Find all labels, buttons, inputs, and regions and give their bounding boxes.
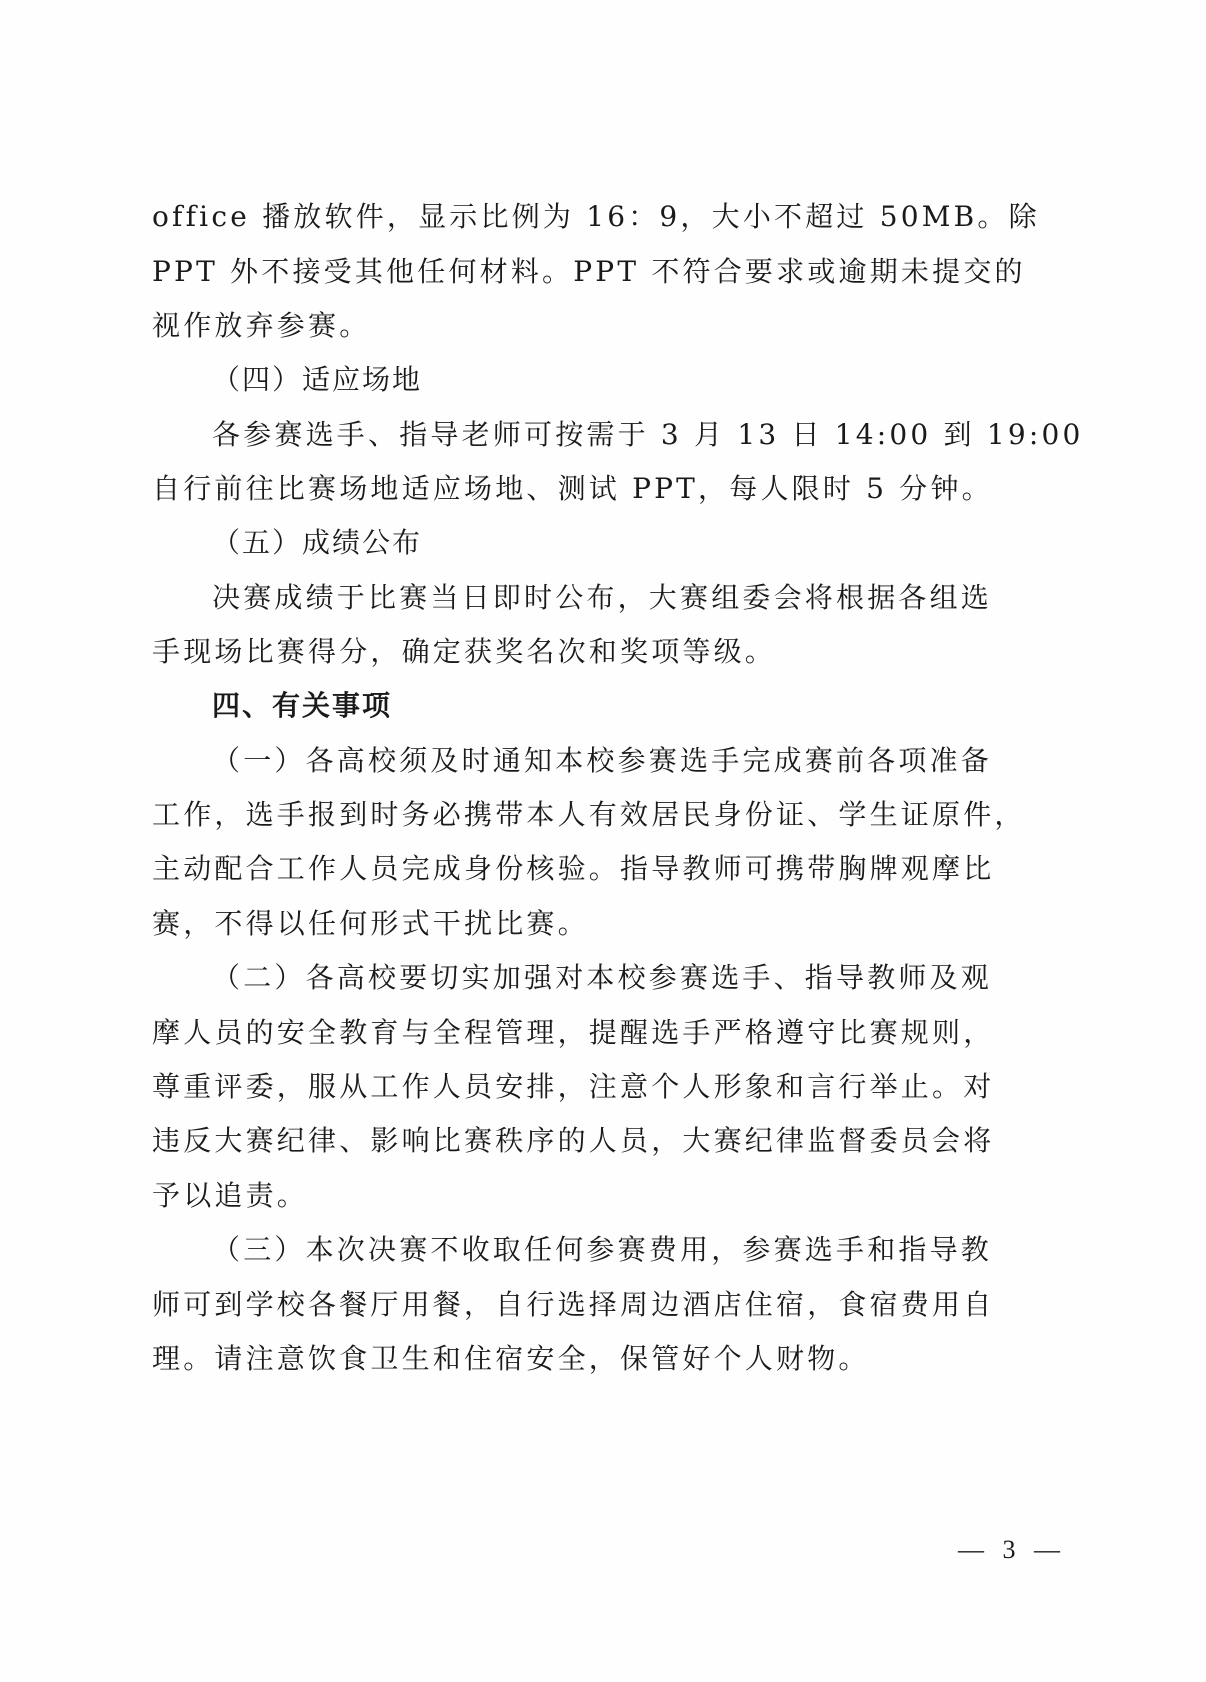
paragraph-ppt-requirements-line-1: office 播放软件，显示比例为 16：9，大小不超过 50MB。除 [152,197,1052,237]
paragraph-venue-line-1: 各参赛选手、指导老师可按需于 3 月 13 日 14:00 到 19:00 [212,415,1112,455]
paragraph-item-3-line-3: 理。请注意饮食卫生和住宿安全，保管好个人财物。 [152,1339,1052,1379]
paragraph-item-1-line-1: （一）各高校须及时通知本校参赛选手完成赛前各项准备 [212,741,1112,781]
paragraph-item-1-line-4: 赛，不得以任何形式干扰比赛。 [152,904,1052,944]
paragraph-item-2-line-3: 尊重评委，服从工作人员安排，注意个人形象和言行举止。对 [152,1067,1052,1107]
paragraph-item-1-line-3: 主动配合工作人员完成身份核验。指导教师可携带胸牌观摩比 [152,849,1052,889]
subheading-results-announcement: （五）成绩公布 [212,523,1112,563]
subheading-venue-adaptation: （四）适应场地 [212,360,1112,400]
paragraph-results-line-2: 手现场比赛得分，确定获奖名次和奖项等级。 [152,632,1052,672]
paragraph-item-2-line-5: 予以追责。 [152,1176,1052,1216]
paragraph-item-1-line-2: 工作，选手报到时务必携带本人有效居民身份证、学生证原件， [152,795,1052,835]
paragraph-venue-line-2: 自行前往比赛场地适应场地、测试 PPT，每人限时 5 分钟。 [152,469,1052,509]
paragraph-item-2-line-4: 违反大赛纪律、影响比赛秩序的人员，大赛纪律监督委员会将 [152,1121,1052,1161]
document-page: office 播放软件，显示比例为 16：9，大小不超过 50MB。除 PPT … [0,0,1206,1682]
paragraph-ppt-requirements-line-2: PPT 外不接受其他任何材料。PPT 不符合要求或逾期未提交的 [152,252,1052,292]
paragraph-item-2-line-2: 摩人员的安全教育与全程管理，提醒选手严格遵守比赛规则， [152,1013,1052,1053]
paragraph-ppt-requirements-line-3: 视作放弃参赛。 [152,306,1052,346]
page-number: — 3 — [958,1533,1066,1567]
paragraph-item-2-line-1: （二）各高校要切实加强对本校参赛选手、指导教师及观 [212,958,1112,998]
paragraph-results-line-1: 决赛成绩于比赛当日即时公布，大赛组委会将根据各组选 [212,578,1112,618]
section-heading-related-matters: 四、有关事项 [212,686,1112,726]
paragraph-item-3-line-2: 师可到学校各餐厅用餐，自行选择周边酒店住宿，食宿费用自 [152,1285,1052,1325]
paragraph-item-3-line-1: （三）本次决赛不收取任何参赛费用，参赛选手和指导教 [212,1230,1112,1270]
